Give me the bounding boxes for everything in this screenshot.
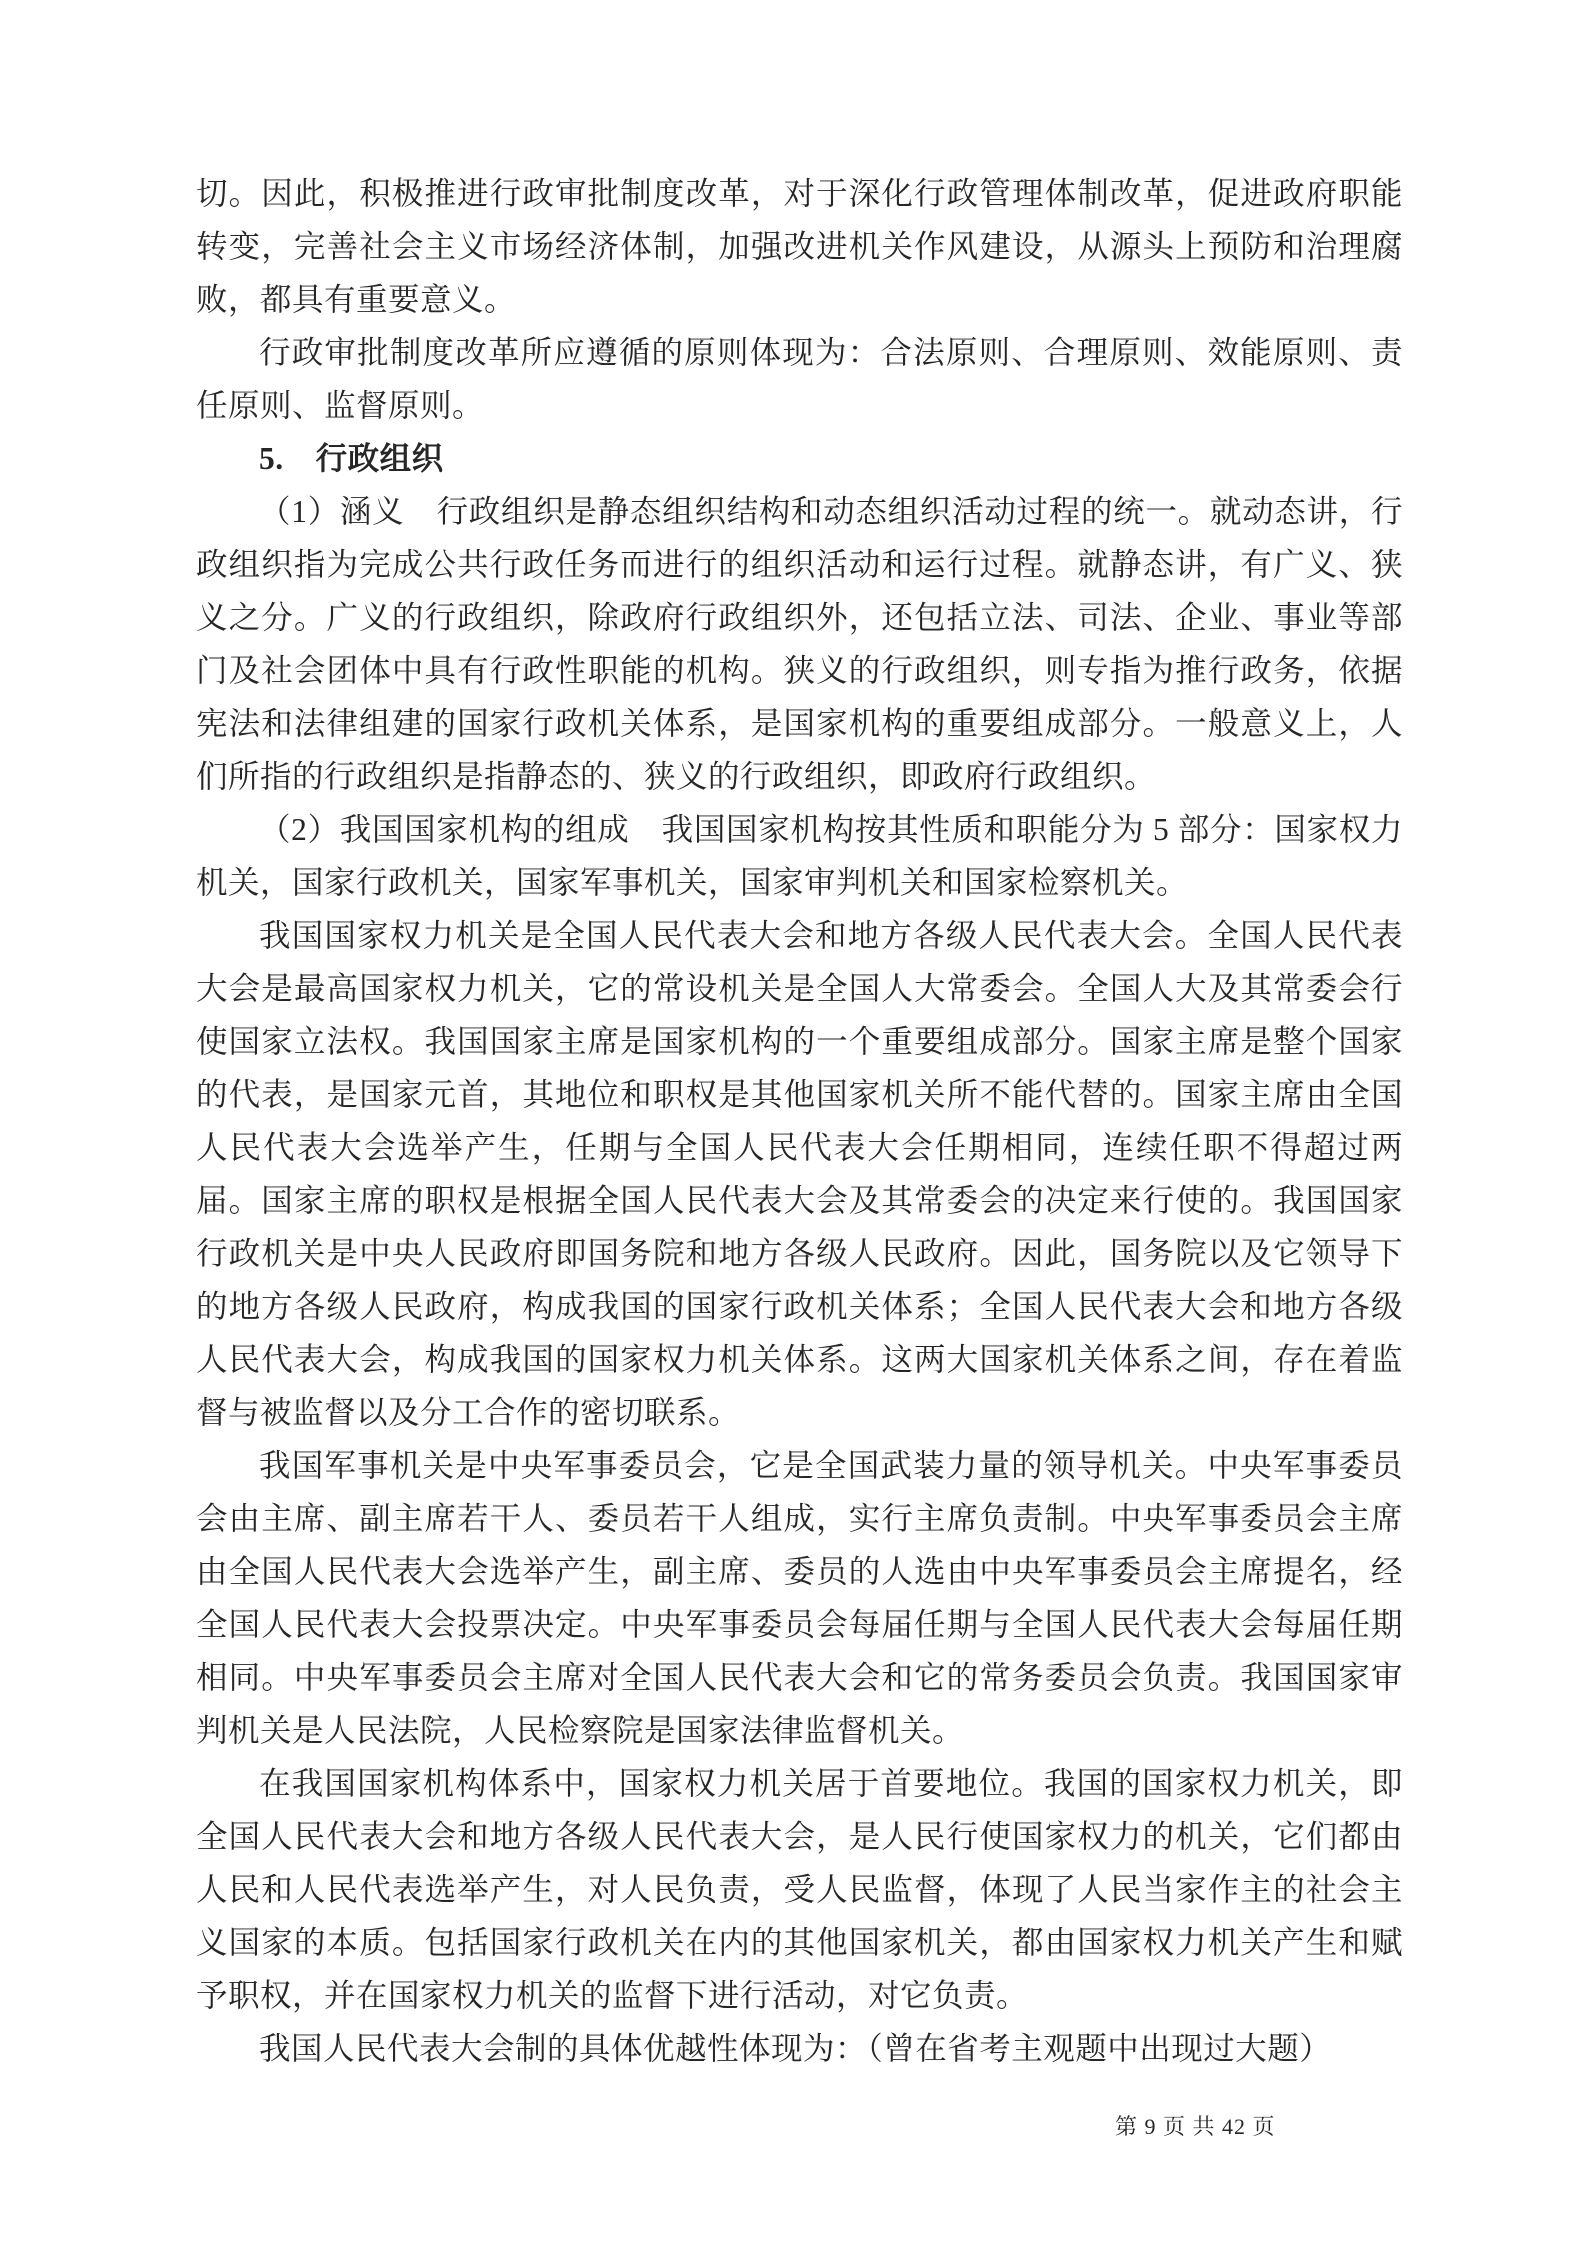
paragraph-military-organs: 我国军事机关是中央军事委员会，它是全国武装力量的领导机关。中央军事委员会由主席、…	[196, 1439, 1403, 1757]
paragraph-state-organs-composition: （2）我国国家机构的组成 我国国家机构按其性质和职能分为 5 部分：国家权力机关…	[196, 803, 1403, 909]
page-body-text: 切。因此，积极推进行政审批制度改革，对于深化行政管理体制改革，促进政府职能转变，…	[196, 167, 1403, 2075]
paragraph-principles: 行政审批制度改革所应遵循的原则体现为：合法原则、合理原则、效能原则、责任原则、监…	[196, 326, 1403, 432]
paragraph-continuation: 切。因此，积极推进行政审批制度改革，对于深化行政管理体制改革，促进政府职能转变，…	[196, 167, 1403, 326]
page-footer: 第 9 页 共 42 页	[1115, 2112, 1276, 2142]
paragraph-power-organs-status: 在我国国家机构体系中，国家权力机关居于首要地位。我国的国家权力机关，即全国人民代…	[196, 1757, 1403, 2022]
document-page: 切。因此，积极推进行政审批制度改革，对于深化行政管理体制改革，促进政府职能转变，…	[0, 0, 1594, 2252]
paragraph-definition: （1）涵义 行政组织是静态组织结构和动态组织活动过程的统一。就动态讲，行政组织指…	[196, 485, 1403, 803]
section-heading-administrative-organization: 5. 行政组织	[196, 432, 1403, 485]
paragraph-state-power-organs: 我国国家权力机关是全国人民代表大会和地方各级人民代表大会。全国人民代表大会是最高…	[196, 909, 1403, 1439]
paragraph-peoples-congress-advantages: 我国人民代表大会制的具体优越性体现为：（曾在省考主观题中出现过大题）	[196, 2022, 1403, 2075]
